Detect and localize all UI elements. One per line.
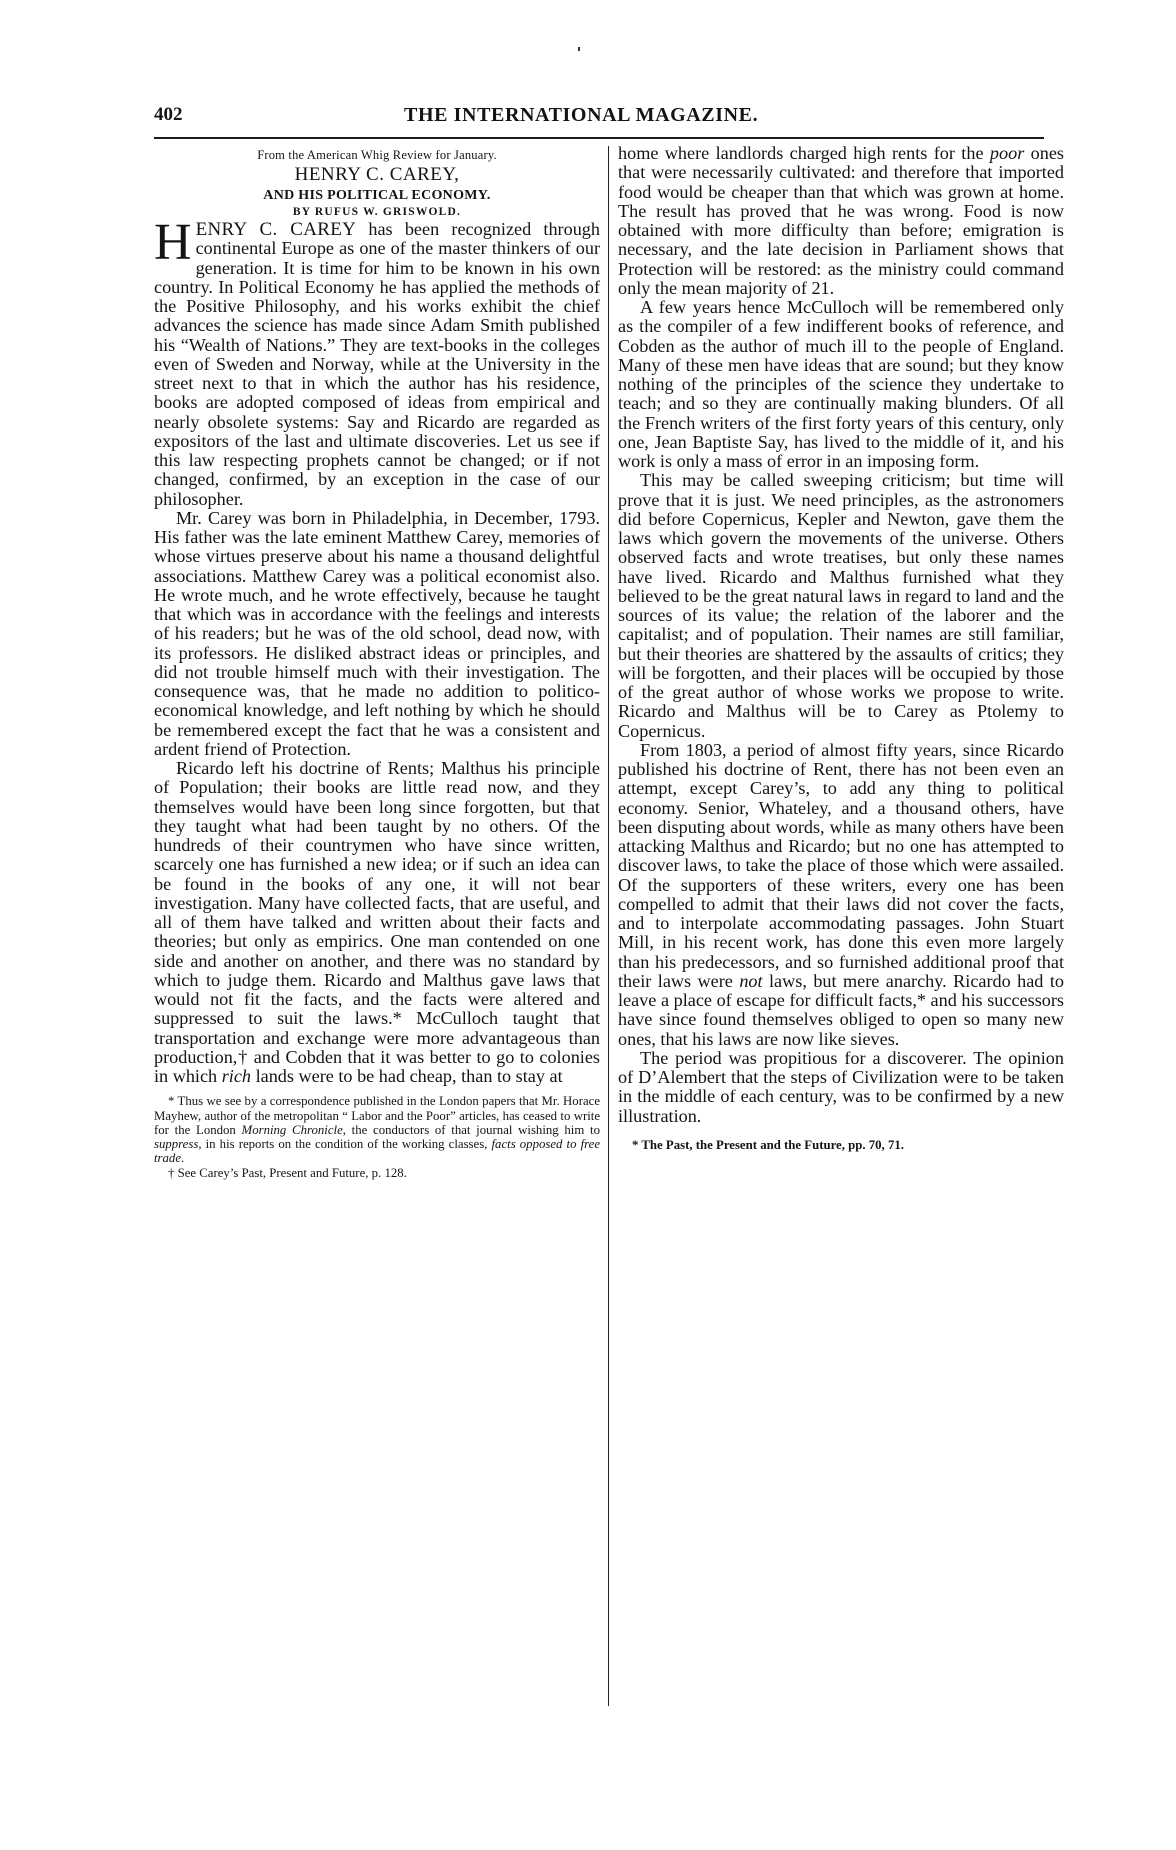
page-header: 402 THE INTERNATIONAL MAGAZINE. (154, 104, 1044, 130)
paragraph-text: has been recognized through continental … (154, 219, 600, 509)
paragraph: Mr. Carey was born in Philadelphia, in D… (154, 509, 600, 759)
emphasis: Morning Chronicle (242, 1123, 343, 1137)
footnote: * The Past, the Present and the Future, … (632, 1138, 1064, 1152)
paragraph: From 1803, a period of almost fifty year… (618, 741, 1064, 1049)
paragraph: The period was propitious for a discover… (618, 1049, 1064, 1126)
column-divider (608, 146, 609, 1706)
print-speck (578, 47, 580, 51)
header-rule (154, 137, 1044, 139)
paragraph: This may be called sweeping criticism; b… (618, 471, 1064, 741)
footnote-text: , the conductors of that journal wishing… (343, 1123, 600, 1137)
paragraph: Ricardo left his doctrine of Rents; Malt… (154, 759, 600, 1086)
paragraph-text: lands were to be had cheap, than to stay… (251, 1066, 563, 1086)
emphasis: not (739, 971, 762, 991)
source-line: From the American Whig Review for Januar… (154, 146, 600, 164)
footnotes-right: * The Past, the Present and the Future, … (618, 1138, 1064, 1152)
paragraph: A few years hence McCulloch will be reme… (618, 298, 1064, 471)
page-number: 402 (154, 104, 183, 126)
byline: BY RUFUS W. GRISWOLD. (154, 205, 600, 220)
right-column: home where landlords charged high rents … (618, 144, 1064, 1152)
paragraph-text: From 1803, a period of almost fifty year… (618, 740, 1064, 991)
footnote: † See Carey’s Past, Present and Future, … (154, 1166, 600, 1180)
article-title: HENRY C. CAREY, (154, 164, 600, 186)
running-title: THE INTERNATIONAL MAGAZINE. (404, 104, 758, 127)
emphasis: poor (990, 143, 1024, 163)
paragraph: HENRY C. CAREY has been recognized throu… (154, 220, 600, 509)
article-subtitle: AND HIS POLITICAL ECONOMY. (154, 186, 600, 205)
paragraph-text: Ricardo left his doctrine of Rents; Malt… (154, 758, 600, 1086)
footnote-text: , in his reports on the condition of the… (198, 1137, 491, 1151)
emphasis: rich (222, 1066, 251, 1086)
paragraph-text: ones that were necessarily cultivated: a… (618, 143, 1064, 298)
footnotes-left: * Thus we see by a correspondence publis… (154, 1094, 600, 1180)
paragraph: home where landlords charged high rents … (618, 144, 1064, 298)
emphasis: suppress (154, 1137, 198, 1151)
footnote: * Thus we see by a correspondence publis… (154, 1094, 600, 1165)
drop-cap: H (154, 221, 196, 263)
left-column: From the American Whig Review for Januar… (154, 144, 600, 1180)
lead-caps: ENRY C. CAREY (196, 219, 357, 240)
paragraph-text: home where landlords charged high rents … (618, 143, 990, 163)
footnote-text: . (181, 1151, 184, 1165)
